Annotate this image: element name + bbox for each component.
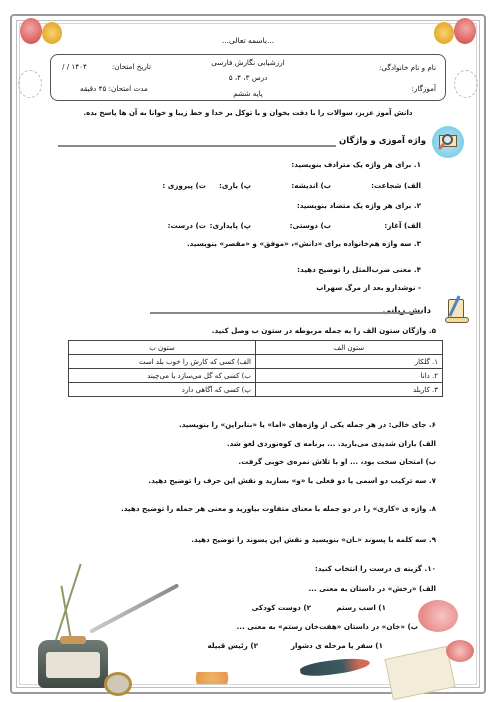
table-cell: ب) کسی که گل می‌سازد یا می‌چیند xyxy=(69,369,256,383)
answer-item: الف) شجاعت: xyxy=(371,181,421,190)
lessons-label: درس ۳، ۴، ۵ xyxy=(0,73,496,82)
matching-table: ستون الف ستون ب ۱. گلکار الف) کسی که کار… xyxy=(68,340,443,397)
book-magnifier-icon xyxy=(432,126,464,158)
section-title: واژه آموزی و واژگان xyxy=(339,136,426,146)
question-prompt: ۲. برای هر واژه یک متضاد بنویسید: xyxy=(297,201,421,210)
question-prompt: ۴. معنی ضرب‌المثل را توضیح دهید: xyxy=(297,265,421,274)
question-prompt: ۱. برای هر واژه یک مترادف بنویسید: xyxy=(291,160,421,169)
inkwell-lid-decoration xyxy=(60,636,86,644)
answer-item: ت) پیروزی : xyxy=(162,181,206,190)
question-prompt: ۵. واژگان ستون الف را به جمله مربوطه در … xyxy=(212,326,436,335)
table-header: ستون ب xyxy=(69,341,256,355)
answer-item: پ) پایداری: xyxy=(210,221,251,230)
inkwell-label-decoration xyxy=(46,652,100,678)
table-cell: ۳. کاربلد xyxy=(256,383,443,397)
option: ۲) دوست کودکی xyxy=(252,603,311,612)
date-value: / / ۱۴۰۴ xyxy=(62,62,87,71)
table-row: ۳. کاربلد پ) کسی که آگاهی دارد xyxy=(69,383,443,397)
question-prompt: ۹. سه کلمه با پسوند «ـان» بنویسید و نقش … xyxy=(191,535,436,544)
answer-item: ب) امتحان سخت بود، ... او با تلاش نمره‌ی… xyxy=(238,457,436,466)
question-prompt: ۸. واژه ی «کاری» را در دو جمله با معنای … xyxy=(121,504,436,513)
portrait-medallion-decoration-icon xyxy=(104,672,132,696)
table-cell: ۲. دانا xyxy=(256,369,443,383)
basmala: ...باسمه تعالی... xyxy=(0,36,496,45)
option: ۲) رئیس قبیله xyxy=(208,641,258,650)
pink-flower-decoration-icon xyxy=(446,640,474,662)
duration-label: مدت امتحان: ۴۵ دقیقه xyxy=(80,84,148,93)
question-prompt: ۶. جای خالی: در هر جمله یکی از واژه‌های … xyxy=(179,420,436,429)
answer-item: الف) آغاز: xyxy=(384,221,421,230)
answer-item: ب) اندیشه: xyxy=(291,181,331,190)
section-title: دانش زبانی xyxy=(382,306,431,316)
scroll-quill-icon xyxy=(445,295,469,325)
option: ۱) سفر یا مرحله ی دشوار xyxy=(291,641,383,650)
date-label: تاریخ امتحان: xyxy=(112,62,151,71)
question-prompt: ۱۰. گزینه ی درست را انتخاب کنید: xyxy=(315,564,436,573)
proverb: - نوشدارو بعد از مرگ سهراب xyxy=(316,283,421,292)
answer-item: ب) دوستی: xyxy=(290,221,331,230)
answer-item: پ) یاری: xyxy=(219,181,251,190)
question-stem: الف) «رخش» در داستان به معنی ... xyxy=(308,584,436,593)
question-prompt: ۷. سه ترکیب دو اسمی یا دو فعلی با «و» بس… xyxy=(148,476,436,485)
answer-item: ت) درست: xyxy=(168,221,206,230)
question-prompt: ۳. سه واژه هم‌خانواده برای «دانش»، «موفق… xyxy=(187,239,421,248)
table-row: ۲. دانا ب) کسی که گل می‌سازد یا می‌چیند xyxy=(69,369,443,383)
table-cell: الف) کسی که کارش را خوب بلد است xyxy=(69,355,256,369)
section-divider xyxy=(58,145,336,147)
pink-flower-decoration-icon xyxy=(418,600,458,632)
question-stem: ب) «خان» در داستان «هفت‌خان رستم» به معن… xyxy=(237,622,418,631)
table-cell: ۱. گلکار xyxy=(256,355,443,369)
leaves-decoration-icon xyxy=(190,672,234,684)
table-row: ۱. گلکار الف) کسی که کارش را خوب بلد است xyxy=(69,355,443,369)
table-cell: پ) کسی که آگاهی دارد xyxy=(69,383,256,397)
table-header: ستون الف xyxy=(256,341,443,355)
option: ۱) اسب رستم xyxy=(336,603,386,612)
instructions: دانش آموز عزیز، سوالات را با دقت بخوان و… xyxy=(0,109,496,117)
grade-label: پایه ششم xyxy=(0,89,496,98)
answer-item: الف) باران شدیدی می‌بارید. ... برنامه ی … xyxy=(227,439,436,448)
section-divider xyxy=(150,312,422,314)
